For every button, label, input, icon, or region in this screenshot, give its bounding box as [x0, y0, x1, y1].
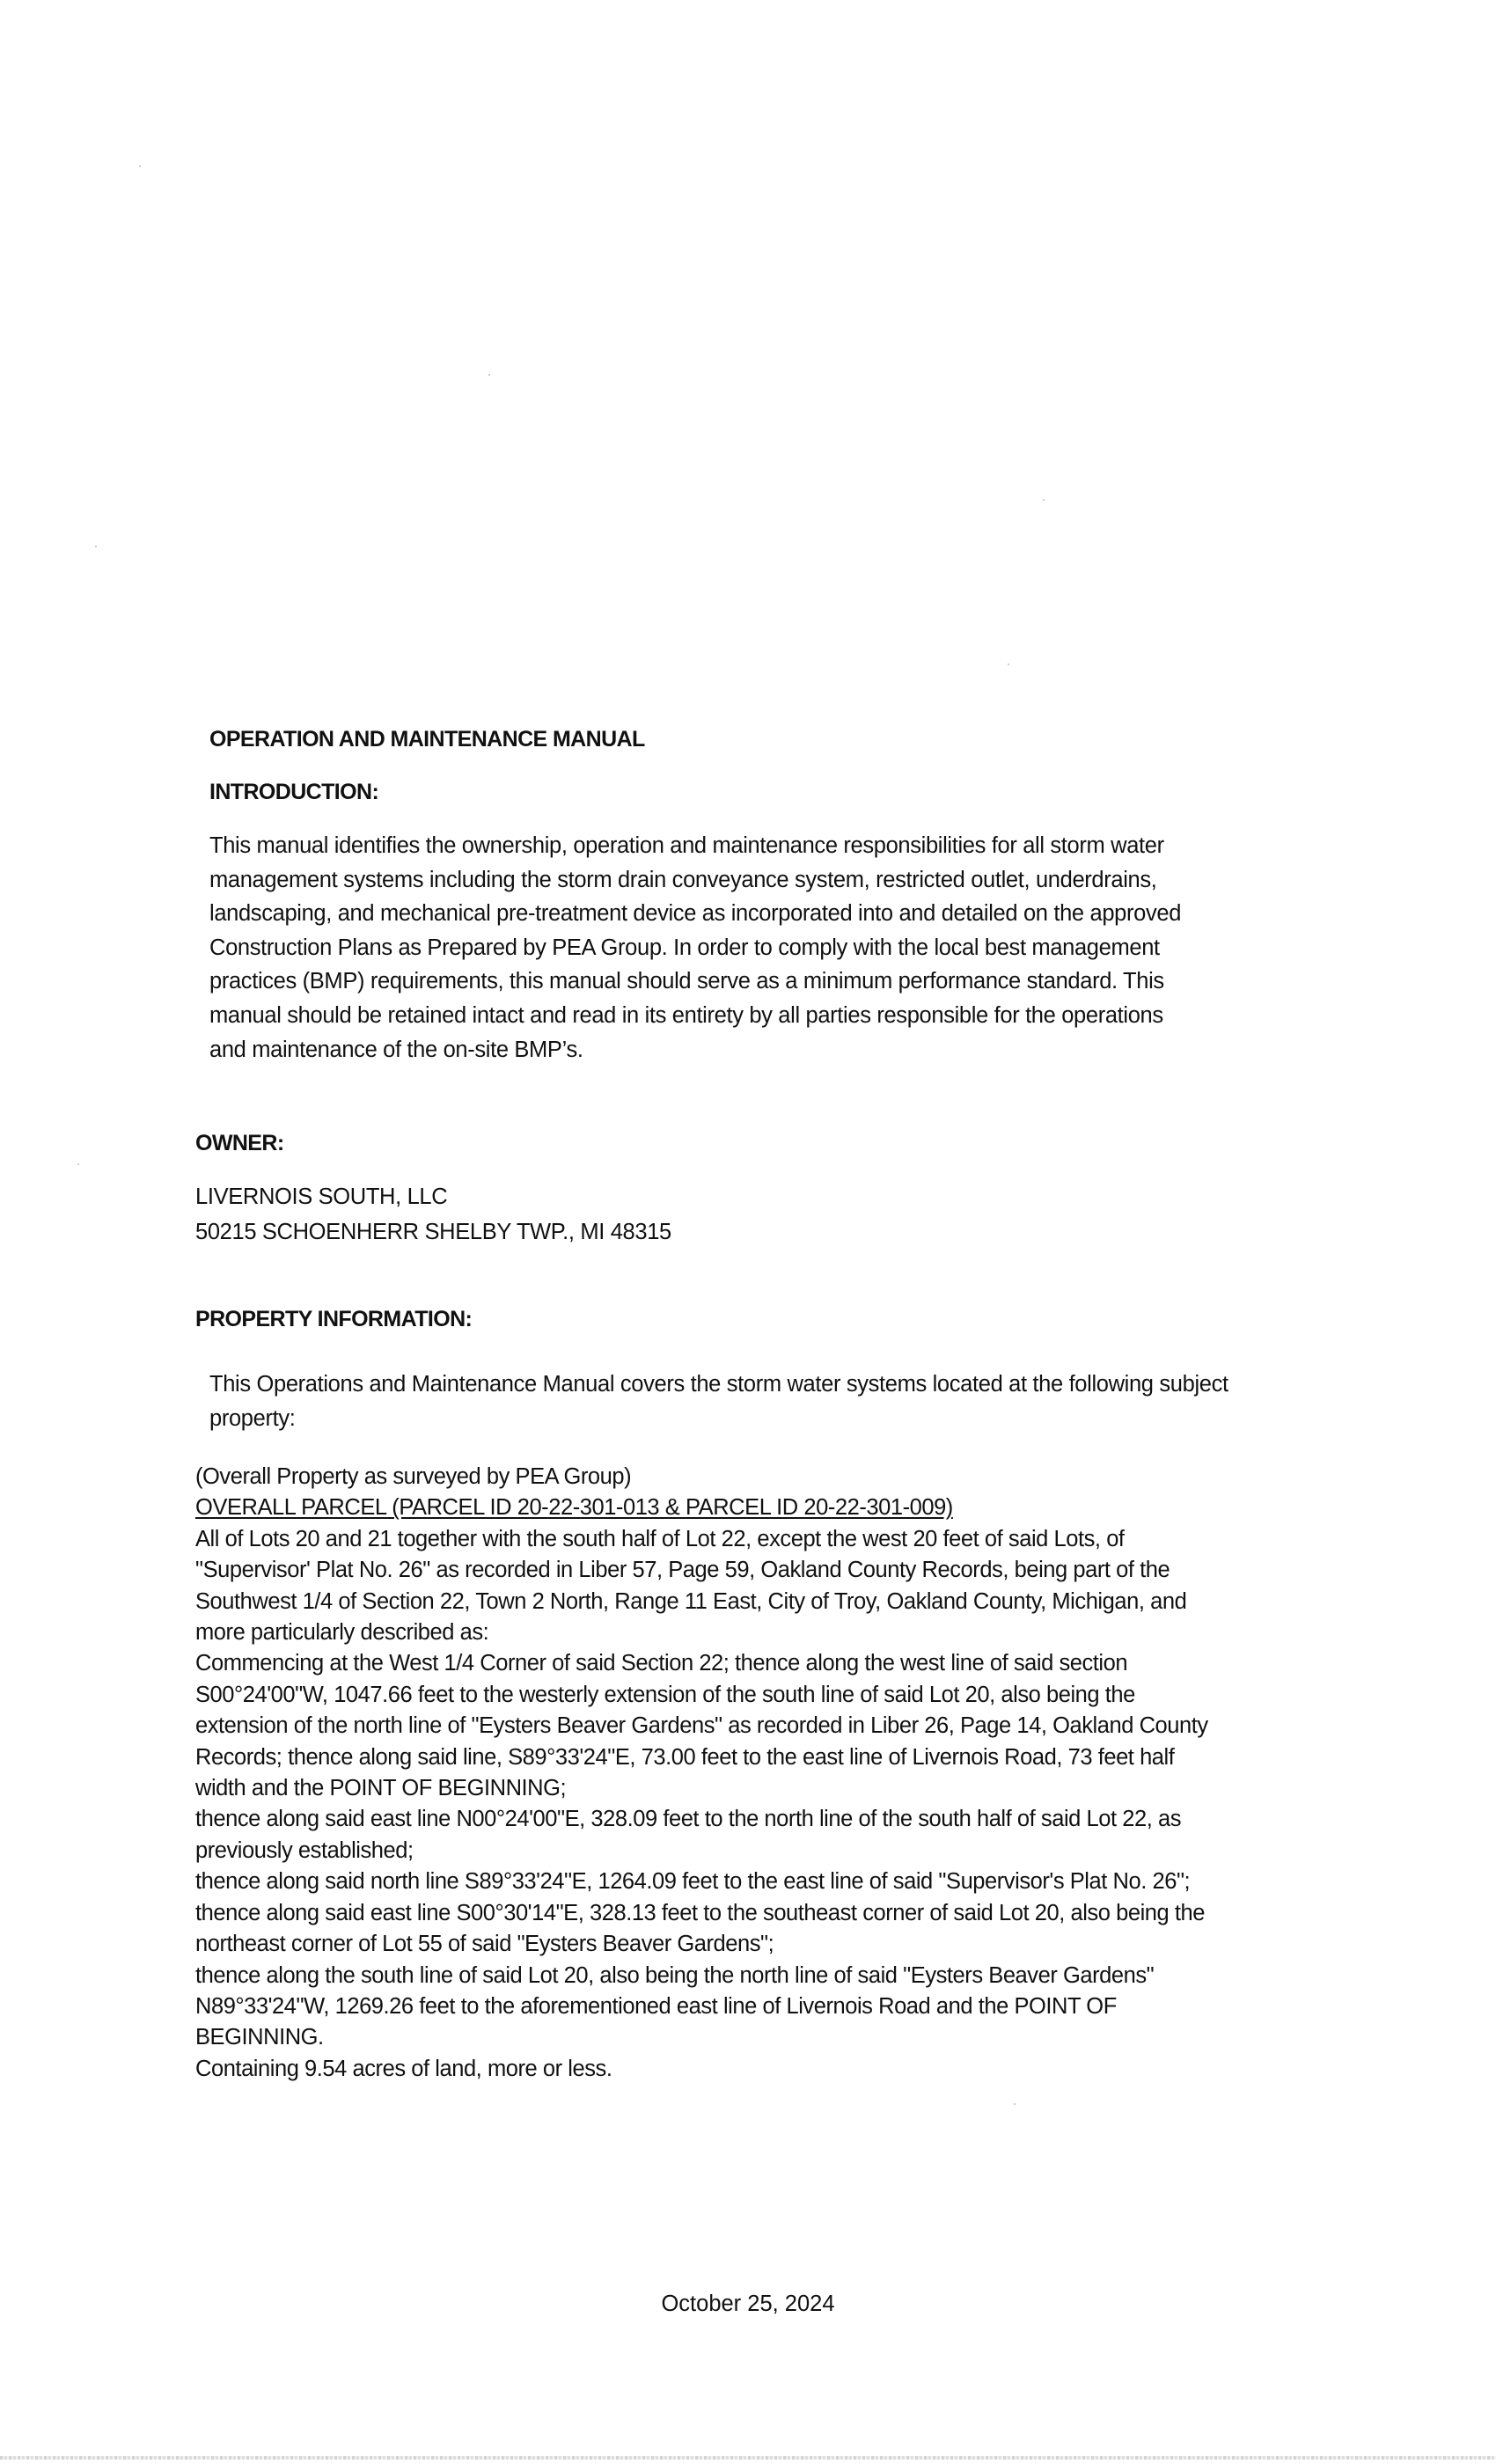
- description-line: Containing 9.54 acres of land, more or l…: [195, 2054, 1208, 2085]
- introduction-line: manual should be retained intact and rea…: [209, 999, 1353, 1033]
- document-title: OPERATION AND MAINTENANCE MANUAL: [209, 727, 645, 752]
- property-heading: PROPERTY INFORMATION:: [195, 1307, 472, 1332]
- description-line: Commencing at the West 1/4 Corner of sai…: [195, 1648, 1208, 1679]
- description-line: previously established;: [195, 1836, 1208, 1866]
- description-line: BEGINNING.: [195, 2022, 1208, 2053]
- description-line: N89°33'24"W, 1269.26 feet to the aforeme…: [195, 1991, 1208, 2022]
- description-line: All of Lots 20 and 21 together with the …: [195, 1524, 1208, 1555]
- description-line: Records; thence along said line, S89°33'…: [195, 1742, 1208, 1773]
- parcel-heading: OVERALL PARCEL (PARCEL ID 20-22-301-013 …: [195, 1492, 1208, 1523]
- scan-speck: [139, 165, 141, 167]
- introduction-line: This manual identifies the ownership, op…: [209, 829, 1353, 863]
- scan-speck: [1014, 2103, 1016, 2105]
- introduction-line: practices (BMP) requirements, this manua…: [209, 964, 1353, 999]
- scan-speck: [1043, 499, 1045, 501]
- description-line: northeast corner of Lot 55 of said "Eyst…: [195, 1929, 1208, 1960]
- description-line: extension of the north line of "Eysters …: [195, 1711, 1208, 1742]
- description-line: thence along the south line of said Lot …: [195, 1961, 1208, 1991]
- description-line: width and the POINT OF BEGINNING;: [195, 1773, 1208, 1804]
- legal-description: (Overall Property as surveyed by PEA Gro…: [195, 1462, 1208, 2085]
- description-line: thence along said north line S89°33'24"E…: [195, 1866, 1208, 1897]
- property-intro: This Operations and Maintenance Manual c…: [209, 1368, 1228, 1435]
- scan-speck: [77, 1163, 79, 1165]
- scan-speck: [1008, 664, 1009, 665]
- owner-address: 50215 SCHOENHERR SHELBY TWP., MI 48315: [195, 1214, 671, 1250]
- document-page: OPERATION AND MAINTENANCE MANUAL INTRODU…: [0, 0, 1496, 2464]
- introduction-heading: INTRODUCTION:: [209, 780, 378, 805]
- introduction-line: management systems including the storm d…: [209, 863, 1353, 898]
- description-line: thence along said east line N00°24'00"E,…: [195, 1804, 1208, 1835]
- introduction-line: landscaping, and mechanical pre-treatmen…: [209, 897, 1353, 931]
- document-date: October 25, 2024: [0, 2292, 1496, 2317]
- introduction-line: and maintenance of the on-site BMP’s.: [209, 1033, 1353, 1067]
- description-line: Southwest 1/4 of Section 22, Town 2 Nort…: [195, 1587, 1208, 1617]
- description-line: more particularly described as:: [195, 1617, 1208, 1648]
- owner-block: LIVERNOIS SOUTH, LLC 50215 SCHOENHERR SH…: [195, 1179, 671, 1250]
- description-line: thence along said east line S00°30'14"E,…: [195, 1898, 1208, 1929]
- scan-speck: [488, 374, 490, 376]
- owner-name: LIVERNOIS SOUTH, LLC: [195, 1179, 671, 1214]
- property-intro-line: This Operations and Maintenance Manual c…: [209, 1368, 1228, 1402]
- owner-heading: OWNER:: [195, 1131, 284, 1156]
- scan-speck: [95, 546, 97, 547]
- description-line: S00°24'00"W, 1047.66 feet to the westerl…: [195, 1680, 1208, 1711]
- survey-note: (Overall Property as surveyed by PEA Gro…: [195, 1462, 1208, 1492]
- scan-edge-artifact: [0, 2456, 1496, 2460]
- introduction-paragraph: This manual identifies the ownership, op…: [209, 829, 1353, 1067]
- introduction-line: Construction Plans as Prepared by PEA Gr…: [209, 931, 1353, 965]
- description-line: "Supervisor' Plat No. 26" as recorded in…: [195, 1555, 1208, 1586]
- property-intro-line: property:: [209, 1402, 1228, 1436]
